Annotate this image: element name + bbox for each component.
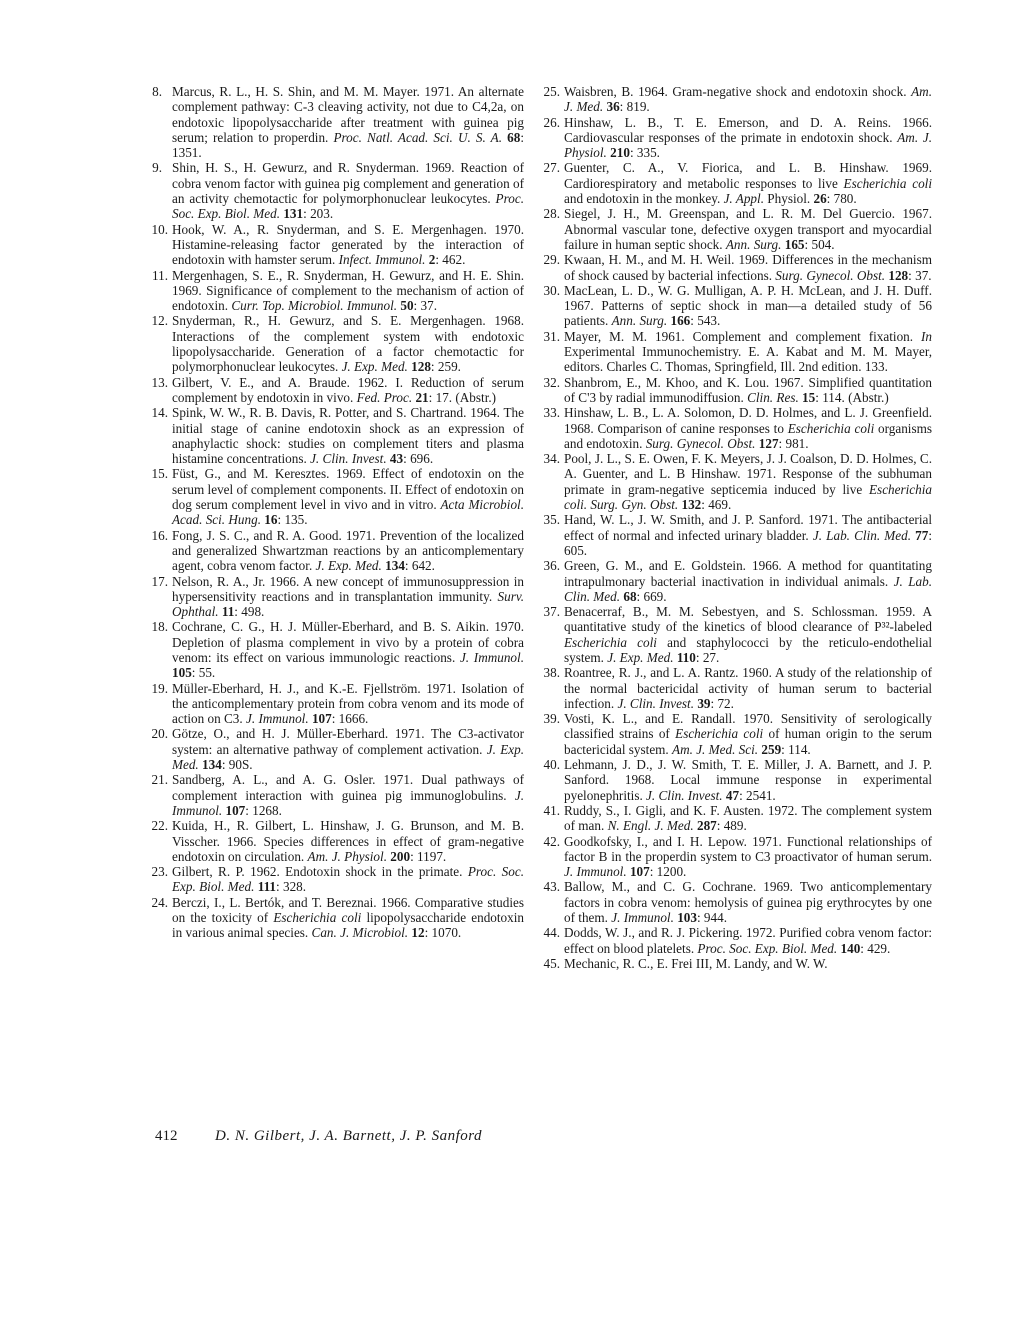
reference-text: Mayer, M. M. 1961. Complement and comple… xyxy=(564,329,921,344)
reference-text: : 819. xyxy=(620,99,650,114)
reference-entry: 39.Vosti, K. L., and E. Randall. 1970. S… xyxy=(540,711,932,757)
reference-entry: 16.Fong, J. S. C., and R. A. Good. 1971.… xyxy=(148,528,524,574)
reference-text: Hinshaw, L. B., T. E. Emerson, and D. A.… xyxy=(564,115,932,145)
volume-number: 36 xyxy=(606,99,619,114)
reference-entry: 11.Mergenhagen, S. E., R. Snyderman, H. … xyxy=(148,268,524,314)
reference-entry: 26.Hinshaw, L. B., T. E. Emerson, and D.… xyxy=(540,115,932,161)
reference-entry: 25.Waisbren, B. 1964. Gram-negative shoc… xyxy=(540,84,932,115)
reference-text: Benacerraf, B., M. M. Sebestyen, and S. … xyxy=(564,604,932,634)
reference-number: 43. xyxy=(540,879,560,894)
reference-number: 9. xyxy=(142,160,162,175)
reference-entry: 9.Shin, H. S., H. Gewurz, and R. Snyderm… xyxy=(148,160,524,221)
volume-number: 39 xyxy=(697,696,710,711)
reference-number: 33. xyxy=(540,405,560,420)
volume-number: 11 xyxy=(222,604,234,619)
reference-number: 20. xyxy=(148,726,168,741)
journal-title: J. Lab. Clin. Med. xyxy=(813,528,911,543)
reference-text: : 669. xyxy=(637,589,667,604)
reference-text: : 944. xyxy=(697,910,727,925)
volume-number: 110 xyxy=(677,650,696,665)
volume-number: 259 xyxy=(761,742,781,757)
reference-text: Götze, O., and H. J. Müller-Eberhard. 19… xyxy=(172,726,524,756)
reference-entry: 10.Hook, W. A., R. Snyderman, and S. E. … xyxy=(148,222,524,268)
reference-number: 37. xyxy=(540,604,560,619)
reference-number: 10. xyxy=(148,222,168,237)
reference-number: 44. xyxy=(540,925,560,940)
reference-entry: 23.Gilbert, R. P. 1962. Endotoxin shock … xyxy=(148,864,524,895)
journal-title: Proc. Natl. Acad. Sci. U. S. A. xyxy=(333,130,502,145)
reference-text: : 696. xyxy=(403,451,433,466)
volume-number: 107 xyxy=(225,803,245,818)
journal-title: Surg. Gynecol. Obst. xyxy=(646,436,756,451)
reference-text: : 489. xyxy=(717,818,747,833)
journal-title: Proc. Soc. Exp. Biol. Med. xyxy=(697,941,837,956)
journal-title: Clin. Res. xyxy=(747,390,799,405)
volume-number: 132 xyxy=(681,497,701,512)
reference-entry: 34.Pool, J. L., S. E. Owen, F. K. Meyers… xyxy=(540,451,932,512)
reference-text: : 981. xyxy=(779,436,809,451)
reference-number: 21. xyxy=(148,772,168,787)
volume-number: 128 xyxy=(411,359,431,374)
reference-number: 45. xyxy=(540,956,560,971)
reference-number: 30. xyxy=(540,283,560,298)
reference-number: 29. xyxy=(540,252,560,267)
journal-title: J. Immunol. xyxy=(611,910,674,925)
journal-title: Escherichia coli xyxy=(844,176,932,191)
reference-number: 19. xyxy=(148,681,168,696)
volume-number: 111 xyxy=(258,879,276,894)
reference-entry: 12.Snyderman, R., H. Gewurz, and S. E. M… xyxy=(148,313,524,374)
page-number: 412 xyxy=(155,1128,215,1145)
reference-entry: 14.Spink, W. W., R. B. Davis, R. Potter,… xyxy=(148,405,524,466)
journal-title: N. Engl. J. Med. xyxy=(608,818,694,833)
reference-entry: 19.Müller-Eberhard, H. J., and K.-E. Fje… xyxy=(148,681,524,727)
reference-text: : 498. xyxy=(234,604,264,619)
reference-text: : 780. xyxy=(827,191,857,206)
journal-title: J. Immunol. xyxy=(246,711,309,726)
reference-text: : 1200. xyxy=(650,864,687,879)
journal-title: Ann. Surg. xyxy=(612,313,668,328)
reference-text: : 72. xyxy=(711,696,734,711)
journal-title: J. Immunol. xyxy=(460,650,524,665)
reference-number: 16. xyxy=(148,528,168,543)
reference-text: Experimental Immunochemistry. E. A. Kaba… xyxy=(564,344,932,374)
volume-number: 68 xyxy=(507,130,520,145)
reference-number: 35. xyxy=(540,512,560,527)
reference-entry: 42.Goodkofsky, I., and I. H. Lepow. 1971… xyxy=(540,834,932,880)
journal-title: Ann. Surg. xyxy=(726,237,782,252)
reference-entry: 27.Guenter, C. A., V. Fiorica, and L. B.… xyxy=(540,160,932,206)
reference-number: 28. xyxy=(540,206,560,221)
reference-entry: 31.Mayer, M. M. 1961. Complement and com… xyxy=(540,329,932,375)
reference-text: : 469. xyxy=(701,497,731,512)
reference-number: 38. xyxy=(540,665,560,680)
journal-title: Am. J. Physiol. xyxy=(308,849,387,864)
volume-number: 166 xyxy=(670,313,690,328)
reference-entry: 20.Götze, O., and H. J. Müller-Eberhard.… xyxy=(148,726,524,772)
volume-number: 107 xyxy=(312,711,332,726)
reference-text: : 462. xyxy=(435,252,465,267)
reference-text: Shin, H. S., H. Gewurz, and R. Snyderman… xyxy=(172,160,524,206)
reference-entry: 8.Marcus, R. L., H. S. Shin, and M. M. M… xyxy=(148,84,524,160)
reference-entry: 38.Roantree, R. J., and L. A. Rantz. 196… xyxy=(540,665,932,711)
volume-number: 16 xyxy=(264,512,277,527)
volume-number: 107 xyxy=(630,864,650,879)
reference-entry: 37.Benacerraf, B., M. M. Sebestyen, and … xyxy=(540,604,932,665)
reference-text: : 2541. xyxy=(739,788,776,803)
reference-text: Waisbren, B. 1964. Gram-negative shock a… xyxy=(564,84,911,99)
reference-text: : 17. (Abstr.) xyxy=(429,390,496,405)
reference-text: : 1070. xyxy=(425,925,462,940)
journal-title: J. Immunol. xyxy=(564,864,627,879)
reference-entry: 30.MacLean, L. D., W. G. Mulligan, A. P.… xyxy=(540,283,932,329)
reference-number: 34. xyxy=(540,451,560,466)
reference-number: 24. xyxy=(148,895,168,910)
reference-text: : 90S. xyxy=(222,757,253,772)
journal-title: Escherichia coli xyxy=(788,421,875,436)
volume-number: 200 xyxy=(390,849,410,864)
reference-text: : 37. xyxy=(908,268,931,283)
reference-entry: 41.Ruddy, S., I. Gigli, and K. F. Austen… xyxy=(540,803,932,834)
journal-title: J. Exp. Med. xyxy=(607,650,673,665)
reference-number: 42. xyxy=(540,834,560,849)
volume-number: 43 xyxy=(390,451,403,466)
journal-title: Am. J. Med. Sci. xyxy=(672,742,758,757)
reference-text: : 55. xyxy=(192,665,215,680)
reference-number: 32. xyxy=(540,375,560,390)
reference-text: : 114. (Abstr.) xyxy=(815,390,889,405)
reference-number: 36. xyxy=(540,558,560,573)
reference-text: : 135. xyxy=(277,512,307,527)
reference-entry: 33.Hinshaw, L. B., L. A. Solomon, D. D. … xyxy=(540,405,932,451)
journal-title: Fed. Proc. xyxy=(357,390,413,405)
reference-text: : 335. xyxy=(630,145,660,160)
reference-number: 25. xyxy=(540,84,560,99)
reference-entry: 15.Füst, G., and M. Keresztes. 1969. Eff… xyxy=(148,466,524,527)
journal-title: In xyxy=(921,329,932,344)
reference-text: : 1197. xyxy=(410,849,446,864)
reference-text: : 1666. xyxy=(332,711,369,726)
journal-title: Escherichia coli xyxy=(675,726,763,741)
reference-text: Goodkofsky, I., and I. H. Lepow. 1971. F… xyxy=(564,834,932,864)
reference-entry: 44.Dodds, W. J., and R. J. Pickering. 19… xyxy=(540,925,932,956)
volume-number: 210 xyxy=(610,145,630,160)
volume-number: 21 xyxy=(415,390,428,405)
journal-title: Curr. Top. Microbiol. Immunol. xyxy=(231,298,397,313)
reference-text: : 504. xyxy=(805,237,835,252)
reference-number: 12. xyxy=(148,313,168,328)
journal-title: J. Exp. Med. xyxy=(316,558,382,573)
journal-title: J. Clin. Invest. xyxy=(310,451,387,466)
references-left-column: 8.Marcus, R. L., H. S. Shin, and M. M. M… xyxy=(148,84,524,941)
reference-number: 11. xyxy=(148,268,168,283)
volume-number: 140 xyxy=(841,941,861,956)
reference-entry: 28.Siegel, J. H., M. Greenspan, and L. R… xyxy=(540,206,932,252)
volume-number: 165 xyxy=(785,237,805,252)
reference-text: Nelson, R. A., Jr. 1966. A new concept o… xyxy=(172,574,524,604)
reference-number: 13. xyxy=(148,375,168,390)
reference-entry: 21.Sandberg, A. L., and A. G. Osler. 197… xyxy=(148,772,524,818)
reference-entry: 35.Hand, W. L., J. W. Smith, and J. P. S… xyxy=(540,512,932,558)
volume-number: 134 xyxy=(202,757,222,772)
volume-number: 15 xyxy=(802,390,815,405)
journal-title: J. Clin. Invest. xyxy=(646,788,723,803)
reference-entry: 13.Gilbert, V. E., and A. Braude. 1962. … xyxy=(148,375,524,406)
reference-number: 15. xyxy=(148,466,168,481)
reference-entry: 36.Green, G. M., and E. Goldstein. 1966.… xyxy=(540,558,932,604)
reference-number: 17. xyxy=(148,574,168,589)
journal-title: Escherichia coli xyxy=(273,910,361,925)
reference-text: Sandberg, A. L., and A. G. Osler. 1971. … xyxy=(172,772,524,802)
reference-entry: 32.Shanbrom, E., M. Khoo, and K. Lou. 19… xyxy=(540,375,932,406)
reference-number: 23. xyxy=(148,864,168,879)
journal-title: J. Appl. xyxy=(724,191,764,206)
reference-number: 14. xyxy=(148,405,168,420)
reference-number: 41. xyxy=(540,803,560,818)
reference-text: Green, G. M., and E. Goldstein. 1966. A … xyxy=(564,558,932,588)
reference-text: : 259. xyxy=(431,359,461,374)
reference-entry: 17.Nelson, R. A., Jr. 1966. A new concep… xyxy=(148,574,524,620)
page-footer: 412D. N. Gilbert, J. A. Barnett, J. P. S… xyxy=(155,1128,482,1145)
reference-number: 31. xyxy=(540,329,560,344)
journal-title: Can. J. Microbiol. xyxy=(312,925,409,940)
reference-number: 26. xyxy=(540,115,560,130)
volume-number: 77 xyxy=(915,528,928,543)
journal-title: J. Clin. Invest. xyxy=(617,696,694,711)
volume-number: 47 xyxy=(726,788,739,803)
volume-number: 131 xyxy=(283,206,303,221)
reference-text: Mechanic, R. C., E. Frei III, M. Landy, … xyxy=(564,956,828,971)
volume-number: 12 xyxy=(411,925,424,940)
reference-text: Physiol. xyxy=(764,191,813,206)
reference-number: 8. xyxy=(142,84,162,99)
reference-text: : 429. xyxy=(860,941,890,956)
volume-number: 127 xyxy=(759,436,779,451)
journal-title: Surg. Gynecol. Obst. xyxy=(775,268,885,283)
reference-text: : 37. xyxy=(414,298,437,313)
reference-text: : 203. xyxy=(303,206,333,221)
reference-text: Gilbert, R. P. 1962. Endotoxin shock in … xyxy=(172,864,468,879)
reference-number: 27. xyxy=(540,160,560,175)
volume-number: 26 xyxy=(813,191,826,206)
reference-entry: 18.Cochrane, C. G., H. J. Müller-Eberhar… xyxy=(148,619,524,680)
reference-entry: 29.Kwaan, H. M., and M. H. Weil. 1969. D… xyxy=(540,252,932,283)
reference-text: : 642. xyxy=(405,558,435,573)
reference-number: 22. xyxy=(148,818,168,833)
journal-title: Infect. Immunol. xyxy=(339,252,426,267)
references-right-column: 25.Waisbren, B. 1964. Gram-negative shoc… xyxy=(540,84,932,971)
volume-number: 287 xyxy=(697,818,717,833)
reference-number: 39. xyxy=(540,711,560,726)
volume-number: 50 xyxy=(400,298,413,313)
reference-entry: 24.Berczi, I., L. Bertók, and T. Berezna… xyxy=(148,895,524,941)
journal-title: Escherichia coli xyxy=(564,635,657,650)
reference-entry: 40.Lehmann, J. D., J. W. Smith, T. E. Mi… xyxy=(540,757,932,803)
volume-number: 68 xyxy=(623,589,636,604)
reference-number: 40. xyxy=(540,757,560,772)
reference-text: : 114. xyxy=(781,742,811,757)
reference-entry: 22.Kuida, H., R. Gilbert, L. Hinshaw, J.… xyxy=(148,818,524,864)
reference-text: : 543. xyxy=(690,313,720,328)
reference-entry: 43.Ballow, M., and C. G. Cochrane. 1969.… xyxy=(540,879,932,925)
volume-number: 105 xyxy=(172,665,192,680)
volume-number: 103 xyxy=(677,910,697,925)
reference-text: : 27. xyxy=(696,650,719,665)
reference-number: 18. xyxy=(148,619,168,634)
reference-entry: 45.Mechanic, R. C., E. Frei III, M. Land… xyxy=(540,956,932,971)
reference-text: and endotoxin in the monkey. xyxy=(564,191,724,206)
reference-text: : 328. xyxy=(276,879,306,894)
running-footer-authors: D. N. Gilbert, J. A. Barnett, J. P. Sanf… xyxy=(215,1128,482,1144)
volume-number: 128 xyxy=(888,268,908,283)
reference-text: : 1268. xyxy=(245,803,282,818)
journal-title: J. Exp. Med. xyxy=(342,359,408,374)
volume-number: 134 xyxy=(385,558,405,573)
